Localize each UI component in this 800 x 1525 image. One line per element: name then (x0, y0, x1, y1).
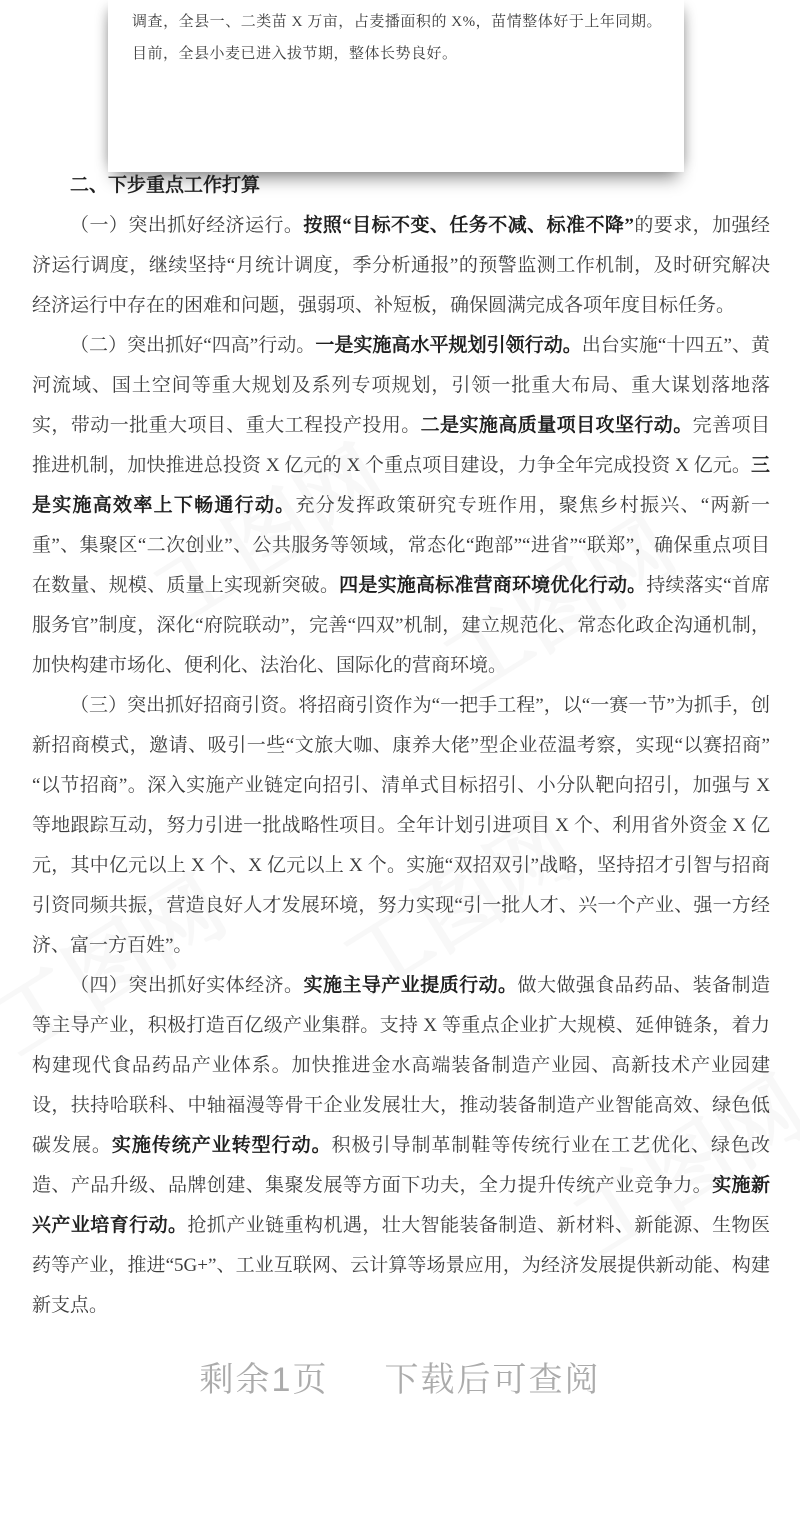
document-body: 二、下步重点工作打算 （一）突出抓好经济运行。按照“目标不变、任务不减、标准不降… (0, 166, 800, 1326)
paragraph-economy-entity: （四）突出抓好实体经济。实施主导产业提质行动。做大做强食品药品、装备制造等主导产… (32, 966, 770, 1326)
previous-page-text: 调查，全县一、二类苗 X 万亩，占麦播面积的 X%，苗情整体好于上年同期。目前，… (132, 6, 662, 70)
previous-page-fragment: 调查，全县一、二类苗 X 万亩，占麦播面积的 X%，苗情整体好于上年同期。目前，… (108, 0, 684, 172)
paragraph-investment: （三）突出抓好招商引资。将招商引资作为“一把手工程”，以“一赛一节”为抓手，创新… (32, 686, 770, 966)
paragraph-economy: （一）突出抓好经济运行。按照“目标不变、任务不减、标准不降”的要求，加强经济运行… (32, 206, 770, 326)
document-viewer: 工图网 工图网 工图网 工图网 工图网 调查，全县一、二类苗 X 万亩，占麦播面… (0, 0, 800, 1525)
download-hint-label: 下载后可查阅 (384, 1361, 600, 1399)
section-heading: 二、下步重点工作打算 (32, 166, 770, 206)
paragraph-four-high: （二）突出抓好“四高”行动。一是实施高水平规划引领行动。出台实施“十四五”、黄河… (32, 326, 770, 686)
remaining-pages-banner: 剩余1页下载后可查阅 (0, 1352, 800, 1401)
remaining-pages-label: 剩余1页 (200, 1361, 329, 1399)
